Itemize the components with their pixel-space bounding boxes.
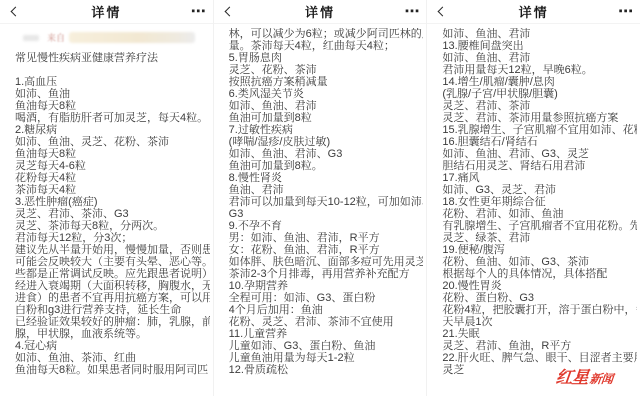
text-line: 1.高血压 (15, 76, 210, 88)
text-line: 如沛、鱼油、君沛、G3 (229, 148, 424, 160)
text-line: 灵芝、茶沛每天8粒，分两次。 (15, 220, 210, 232)
page-content: 如沛、鱼油、君沛13.腰椎间盘突出如沛、鱼油、君沛君沛用量每天12粒，早晚6粒。… (427, 24, 640, 376)
text-line: 花粉、灵芝、君沛、茶沛不宜使用 (229, 316, 424, 328)
text-line: 茶沛2-3个月排毒，再用营养补充配方 (229, 268, 424, 280)
text-line: 如沛、鱼油、君沛 (229, 100, 424, 112)
text-line: 茶沛每天4粒 (15, 184, 210, 196)
text-line: 20.慢性胃炎 (442, 280, 637, 292)
text-line: 进食）的患者不宜再用抗癌方案，可以用蛋 (15, 292, 210, 304)
more-menu-icon[interactable]: ⋯ (618, 1, 633, 23)
text-line: 儿童如沛、G3、蛋白粉、鱼油 (229, 340, 424, 352)
text-line: 君沛可以加量到每天10-12粒，可加如沛、 (229, 196, 424, 208)
text-line: 如沛、鱼油、君沛 (442, 28, 637, 40)
page-text: 常见慢性疾病亚健康营养疗法 1.高血压如沛、鱼油鱼油每天8粒喝酒，有脂肪肝者可加… (15, 52, 210, 376)
text-line: 鱼油每天8粒。如果患者同时服用阿司匹 (15, 364, 210, 376)
text-line: 5.胃肠息肉 (229, 52, 424, 64)
text-line: 君沛每天12粒，分3次； (15, 232, 210, 244)
text-line: (哮喘/湿疹/皮肤过敏) (229, 136, 424, 148)
text-line: 18.女性更年期综合征 (442, 196, 637, 208)
page-content: 来自 常见慢性疾病亚健康营养疗法 1.高血压如沛、鱼油鱼油每天8粒喝酒，有脂肪肝… (0, 24, 213, 376)
text-line: 4.冠心病 (15, 340, 210, 352)
text-line: 白粉和g3进行营养支持，延长生命 (15, 304, 210, 316)
text-line: 14.增生/肌瘤/囊肿/息肉 (442, 76, 637, 88)
text-line: 10.孕期营养 (229, 280, 424, 292)
text-line: 量。茶沛每天4粒，红曲每天4粒； (229, 40, 424, 52)
detail-page-3: 详情 ⋯ 如沛、鱼油、君沛13.腰椎间盘突出如沛、鱼油、君沛君沛用量每天12粒，… (426, 0, 640, 396)
text-line: 全程可用：如沛、G3、蛋白粉 (229, 292, 424, 304)
nav-bar: 详情 ⋯ (427, 0, 640, 24)
text-line: 花粉、蛋白粉、G3 (442, 292, 637, 304)
page-title: 详情 (305, 2, 335, 21)
text-line: 灵芝、花粉、茶沛 (229, 64, 424, 76)
text-line: 鱼油可加量到8粒 (229, 112, 424, 124)
text-line: 16.胆囊结石/肾结石 (442, 136, 637, 148)
text-line: 些都是正常调试反映。应先跟患者说明）已 (15, 268, 210, 280)
text-line: 花粉、鱼油、如沛、G3、茶沛 (442, 256, 637, 268)
red-star-news-logo: 红星 新闻 (555, 363, 615, 388)
page-text: 如沛、鱼油、君沛13.腰椎间盘突出如沛、鱼油、君沛君沛用量每天12粒，早晚6粒。… (442, 28, 637, 376)
text-line: 9.不孕不育 (229, 220, 424, 232)
text-line: 女：花粉、鱼油、君沛，R平方 (229, 244, 424, 256)
text-line: 男：如沛、鱼油、君沛，R平方 (229, 232, 424, 244)
more-menu-icon[interactable]: ⋯ (191, 1, 206, 23)
text-line: 君沛用量每天12粒，早晚6粒。 (442, 64, 637, 76)
text-line: 胆结石用灵芝、肾结石用君沛 (442, 160, 637, 172)
text-line: 如沛、鱼油、灵芝、花粉、茶沛 (15, 136, 210, 148)
text-line: 已经验证效果较好的肿瘤：肺，乳腺，前列 (15, 316, 210, 328)
logo-text-xinwen: 新闻 (589, 370, 614, 387)
text-line: 如沛、G3、灵芝、君沛 (442, 184, 637, 196)
text-line: 灵芝每天4-6粒 (15, 160, 210, 172)
nav-bar: 详情 ⋯ (214, 0, 427, 24)
text-line: 4个月后加用：鱼油 (229, 304, 424, 316)
detail-page-2: 详情 ⋯ 林，可以减少为6粒；或减少阿司匹林的用量。茶沛每天4粒，红曲每天4粒；… (213, 0, 427, 396)
redacted-smudge (23, 35, 39, 41)
text-line: G3 (229, 208, 424, 220)
three-panel-screenshot: 详情 ⋯ 来自 常见慢性疾病亚健康营养疗法 1.高血压如沛、鱼油鱼油每天8粒喝酒… (0, 0, 640, 396)
text-line: (乳腺/子宫/甲状腺/胆囊) (442, 88, 637, 100)
text-line: 11.儿童营养 (229, 328, 424, 340)
text-line: 腺，甲状腺，血液系统等。 (15, 328, 210, 340)
text-line: 12.骨质疏松 (229, 364, 424, 376)
text-line: 如沛、鱼油 (15, 88, 210, 100)
back-icon[interactable] (224, 7, 234, 17)
text-line: 根据每个人的具体情况，具体搭配 (442, 268, 637, 280)
text-line: 花粉每天4粒 (15, 172, 210, 184)
text-line: 花粉4粒，把胶囊打开，溶于蛋白粉中，每 (442, 304, 637, 316)
text-line: 17.痛风 (442, 172, 637, 184)
text-line: 如沛、鱼油、茶沛、红曲 (15, 352, 210, 364)
text-line: 天早晨1次 (442, 316, 637, 328)
text-line: 21.失眠 (442, 328, 637, 340)
text-line: 8.慢性肾炎 (229, 172, 424, 184)
nav-bar: 详情 ⋯ (0, 0, 213, 24)
text-line: 灵芝、君沛、茶沛、G3 (15, 208, 210, 220)
text-line: 灵芝、君沛、茶沛用量参照抗癌方案 (442, 112, 637, 124)
text-line: 鱼油每天8粒 (15, 148, 210, 160)
text-line: 15.乳腺增生、子宫肌瘤不宜用如沛、花粉 (442, 124, 637, 136)
text-line: 常见慢性疾病亚健康营养疗法 (15, 52, 210, 64)
logo-text-hongxing: 红星 (555, 363, 590, 388)
text-line: 鱼油可加量到8粒。 (229, 160, 424, 172)
text-line: 灵芝、君沛、鱼油，R平方 (442, 340, 637, 352)
text-line: 经进入衰竭期（大面积转移，胸腹水，无法 (15, 280, 210, 292)
text-line: 3.恶性肿瘤(癌症) (15, 196, 210, 208)
text-line: 如体胖、肤色暗沉、面部多痘可先用灵芝、 (229, 256, 424, 268)
text-line: 如沛、鱼油、君沛、G3、灵芝 (442, 148, 637, 160)
text-line: 鱼油每天8粒 (15, 100, 210, 112)
text-line: 儿童鱼油用量为每天1-2粒 (229, 352, 424, 364)
back-icon[interactable] (11, 7, 21, 17)
text-line: 2.糖尿病 (15, 124, 210, 136)
text-line: 建议先从半量开始用，慢慢加量，否则患者 (15, 244, 210, 256)
detail-page-1: 详情 ⋯ 来自 常见慢性疾病亚健康营养疗法 1.高血压如沛、鱼油鱼油每天8粒喝酒… (0, 0, 213, 396)
text-line: 林，可以减少为6粒；或减少阿司匹林的用 (229, 28, 424, 40)
text-line: 6.类风湿关节炎 (229, 88, 424, 100)
text-line: 灵芝、君沛、茶沛 (442, 100, 637, 112)
page-title: 详情 (91, 2, 121, 21)
text-line: 灵芝、绿茶、君沛 (442, 232, 637, 244)
text-line: 13.腰椎间盘突出 (442, 40, 637, 52)
text-line: 有乳腺增生、子宫肌瘤者不宜用花粉。先用 (442, 220, 637, 232)
page-text: 林，可以减少为6粒；或减少阿司匹林的用量。茶沛每天4粒，红曲每天4粒；5.胃肠息… (229, 28, 424, 376)
text-line (15, 64, 210, 76)
more-menu-icon[interactable]: ⋯ (404, 1, 419, 23)
text-line: 7.过敏性疾病 (229, 124, 424, 136)
text-line: 按照抗癌方案稍减量 (229, 76, 424, 88)
text-line: 如沛、鱼油、君沛 (442, 52, 637, 64)
sender-redacted-row: 来自 (23, 32, 210, 43)
page-title: 详情 (519, 2, 549, 21)
text-line: 花粉、君沛、如沛、鱼油 (442, 208, 637, 220)
text-line: 喝酒，有脂肪肝者可加灵芝，每天4粒。 (15, 112, 210, 124)
text-line: 鱼油、君沛 (229, 184, 424, 196)
from-label: 来自 (47, 31, 65, 44)
page-content: 林，可以减少为6粒；或减少阿司匹林的用量。茶沛每天4粒，红曲每天4粒；5.胃肠息… (214, 24, 427, 376)
text-line: 19.便秘/腹泻 (442, 244, 637, 256)
text-line: 可能会反映较大（主要有头晕、恶心等。这 (15, 256, 210, 268)
back-icon[interactable] (438, 7, 448, 17)
redacted-name-blur (69, 32, 195, 43)
